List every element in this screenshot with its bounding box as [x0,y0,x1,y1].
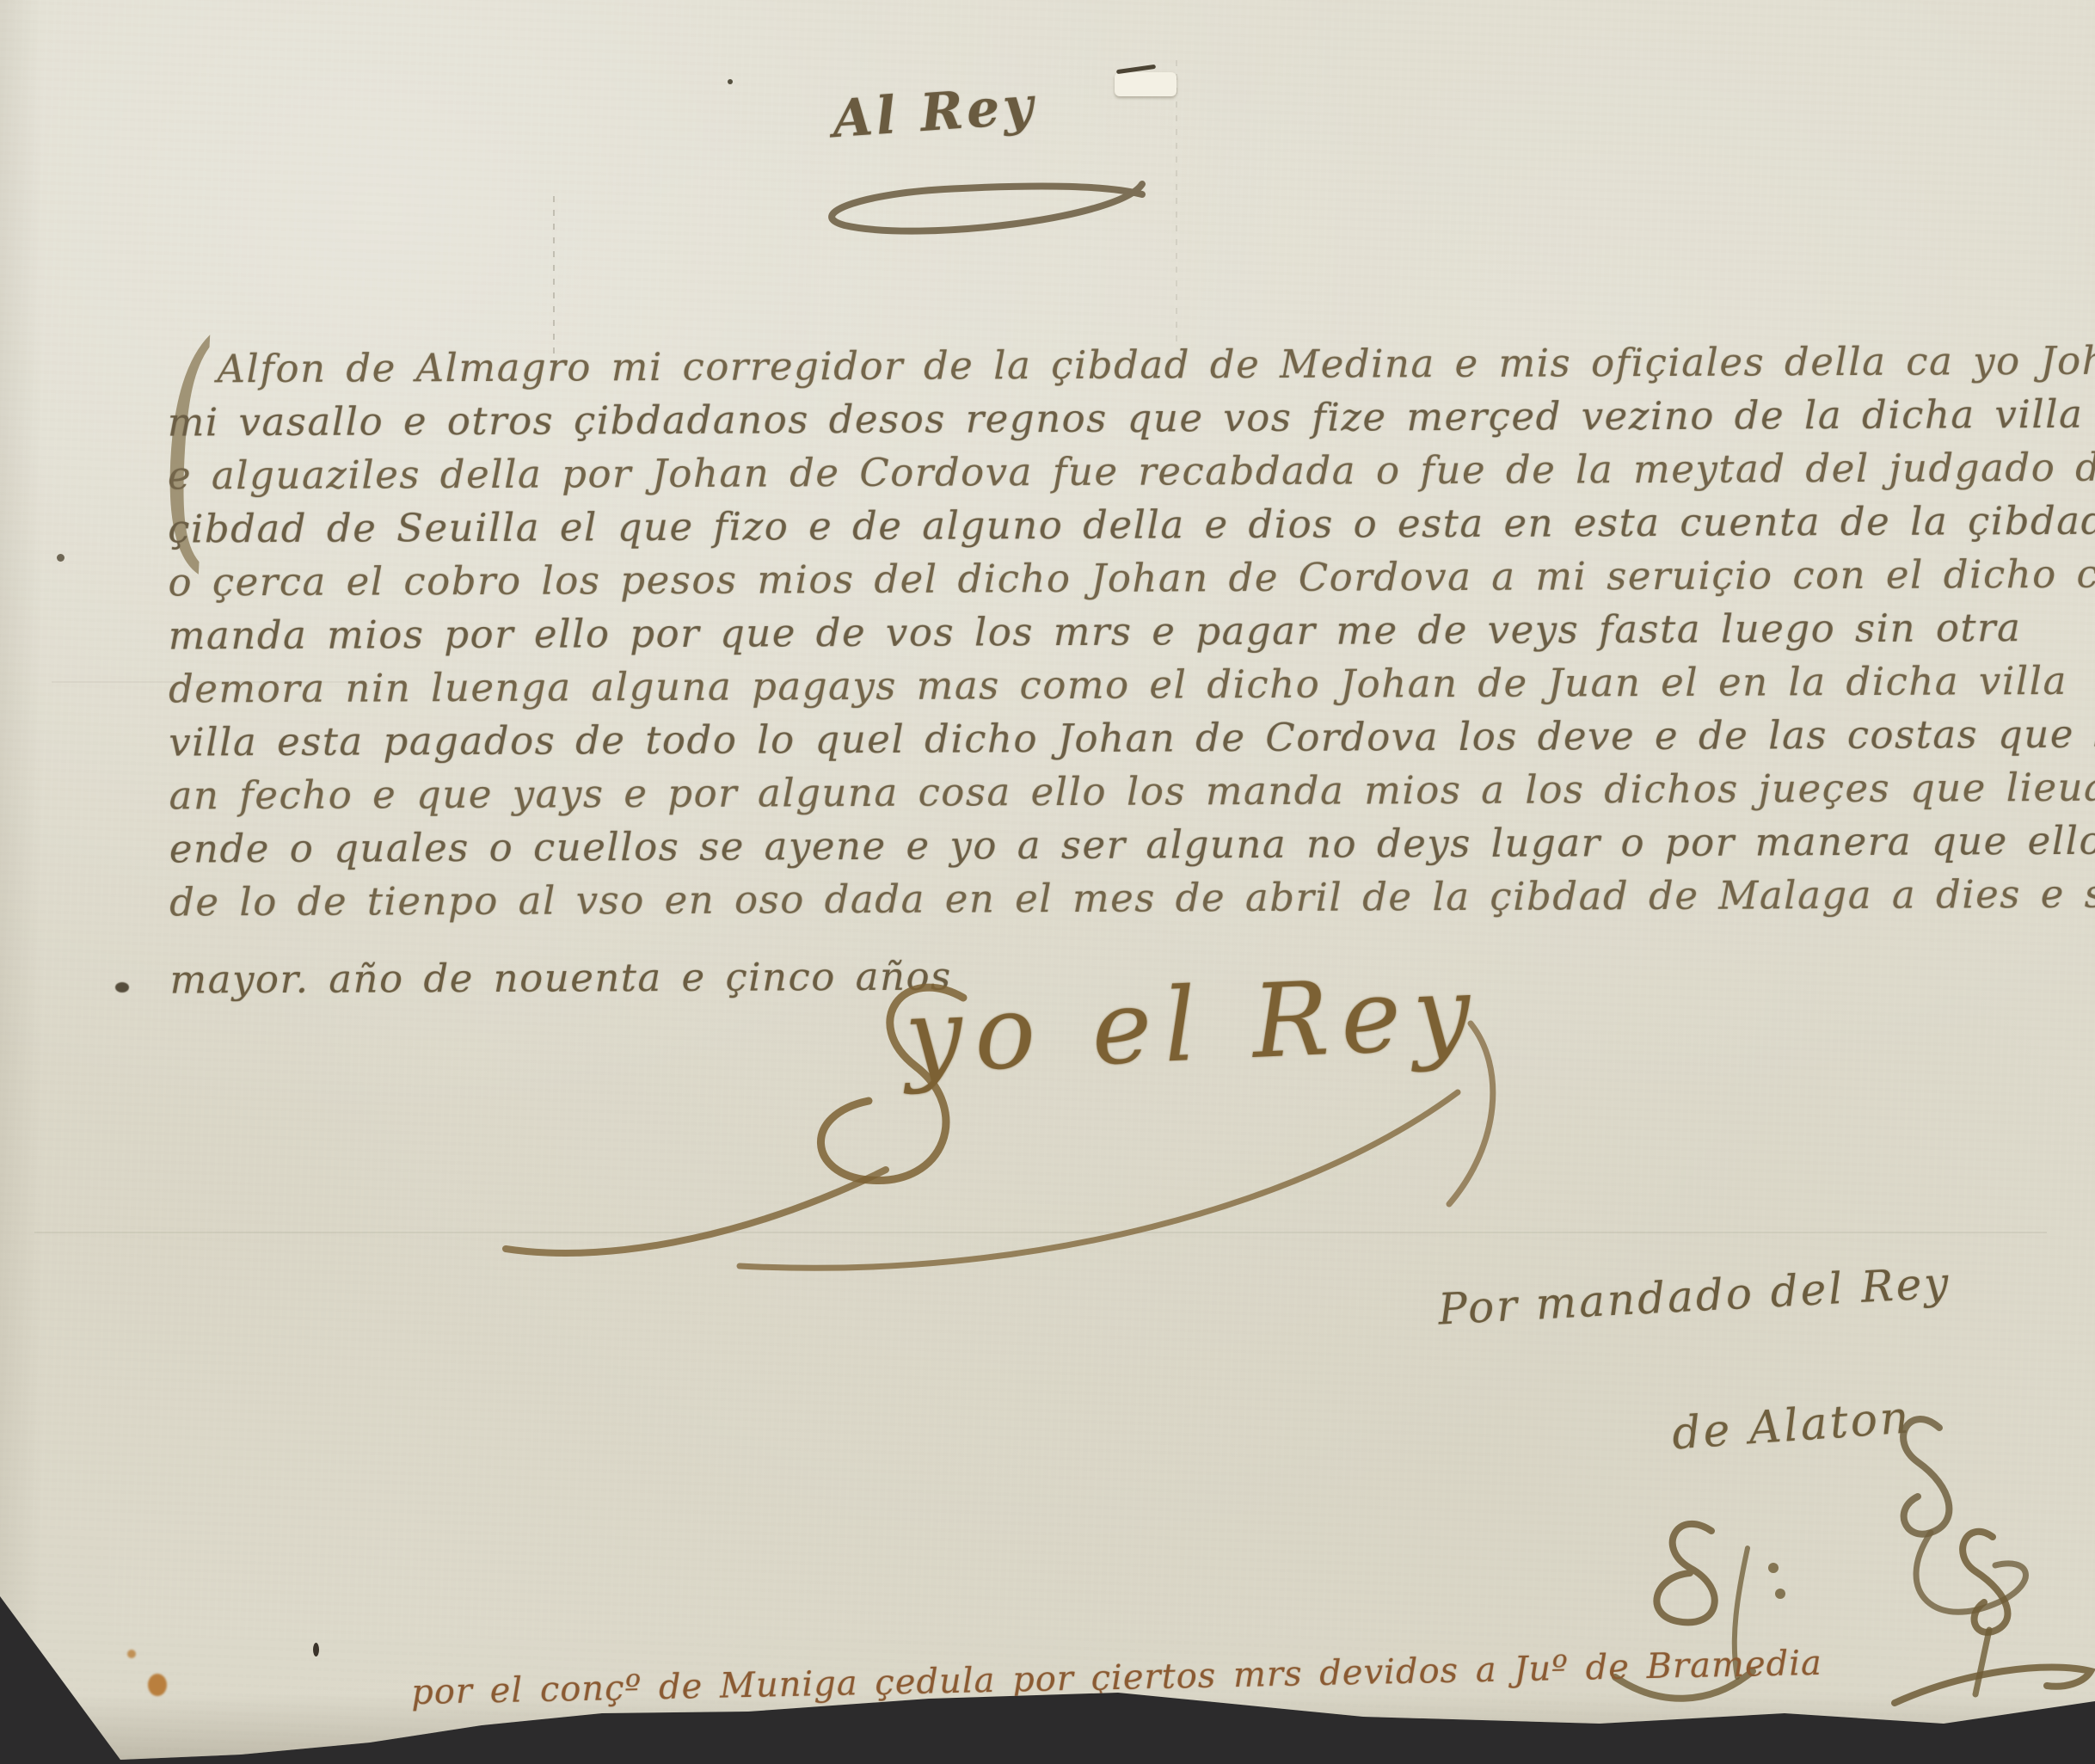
rust-stain [127,1650,136,1658]
header-invocation: Al Rey [831,76,1038,150]
body-line: mi vasallo e otros çibdadanos desos regn… [168,391,1974,452]
body-line: an fecho e que yays e por alguna cosa el… [169,765,1975,826]
body-line: çibdad de Seuilla el que fizo e de algun… [168,498,1974,559]
ink-speck [313,1643,319,1656]
fold-crease [1176,60,1177,344]
scanned-document: Al Rey ( Alfon de Almagro mi corregidor … [0,0,2095,1764]
body-line: demora nin luenga alguna pagays mas como… [169,658,1975,719]
paper-hole [115,982,129,993]
paper-hole [57,554,65,562]
body-line: ende o quales o cuellos se ayene e yo a … [169,818,1975,879]
body-line: o çerca el cobro los pesos mios del dich… [168,551,1974,612]
body-line: Alfon de Almagro mi corregidor de la çib… [167,338,1973,399]
signature-flourish [482,946,1548,1316]
body-lines: Alfon de Almagro mi corregidor de la çib… [167,338,1975,1010]
rust-stain [148,1674,167,1696]
rubric-paraph-icon [1888,1518,2095,1720]
paper-sheet: Al Rey ( Alfon de Almagro mi corregidor … [0,0,2095,1764]
paper-repair-patch [1115,72,1177,96]
body-line: e alguaziles della por Johan de Cordova … [168,445,1974,506]
body-line: villa esta pagados de todo lo quel dicho… [169,711,1975,772]
fold-crease [553,196,555,364]
body-line: de lo de tienpo al vso en oso dada en el… [169,871,1975,932]
body-line: manda mios por ello por que de vos los m… [169,605,1975,666]
ink-speck [728,79,733,84]
header-underline-flourish [800,169,1170,255]
